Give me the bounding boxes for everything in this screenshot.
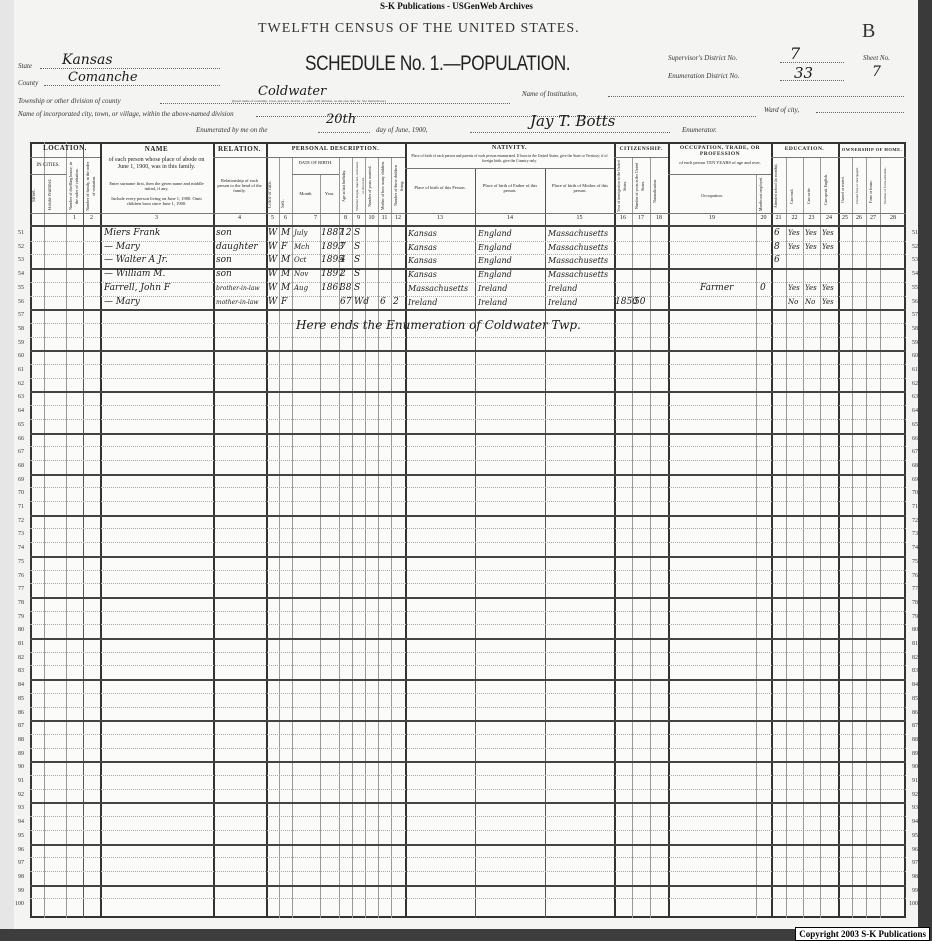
line-number-right: 94 <box>902 819 918 825</box>
line-number-right: 61 <box>902 367 918 373</box>
row-divider <box>30 542 906 543</box>
birthplace-cell: Ireland <box>408 297 437 308</box>
line-number-right: 97 <box>902 860 918 866</box>
line-number-left: 79 <box>8 614 24 620</box>
state-label: State <box>18 62 32 70</box>
line-number-right: 93 <box>902 805 918 811</box>
father-birthplace-cell: England <box>478 228 512 239</box>
header-can-read: Can read. <box>789 180 801 212</box>
county-value: Comanche <box>68 70 138 85</box>
header-name: NAME <box>100 146 213 153</box>
header-month: Month. <box>292 190 320 197</box>
row-divider <box>30 337 906 338</box>
line-number-right: 51 <box>902 230 918 236</box>
can-write-cell: Yes <box>805 283 817 294</box>
header-owned-rented: Owned or rented. <box>840 168 852 212</box>
row-divider <box>30 570 906 571</box>
row-divider <box>30 734 906 735</box>
line-number-right: 66 <box>902 436 918 442</box>
supervisor-label: Supervisor's District No. <box>668 54 737 62</box>
line-number-left: 97 <box>8 860 24 866</box>
sex-cell: F <box>281 242 287 253</box>
institution-label: Name of Institution, <box>522 90 578 98</box>
can-write-cell: No <box>805 297 815 308</box>
header-age: Age at last birthday. <box>341 160 351 212</box>
column-number: 3 <box>100 215 213 221</box>
speaks-english-cell: Yes <box>822 297 834 308</box>
row-divider <box>30 652 906 653</box>
line-number-right: 95 <box>902 833 918 839</box>
line-number-left: 61 <box>8 367 24 373</box>
relation-cell: son <box>216 269 232 280</box>
line-number-left: 87 <box>8 723 24 729</box>
enumeration-label: Enumeration District No. <box>668 72 739 80</box>
children-born-cell: 6 <box>380 297 386 308</box>
column-number: 13 <box>405 215 475 221</box>
person-name-cell: Farrell, John F <box>104 283 170 294</box>
header-in-cities: IN CITIES. <box>30 162 66 169</box>
line-number-right: 78 <box>902 600 918 606</box>
line-number-left: 63 <box>8 394 24 400</box>
header-ownership: OWNERSHIP OF HOME. <box>838 146 906 153</box>
relation-cell: daughter <box>216 242 258 253</box>
line-number-right: 54 <box>902 271 918 277</box>
line-number-right: 71 <box>902 504 918 510</box>
sex-cell: F <box>281 297 287 308</box>
line-number-left: 95 <box>8 833 24 839</box>
father-birthplace-cell: England <box>478 255 512 266</box>
mother-birthplace-cell: Massachusetts <box>548 269 608 280</box>
line-number-left: 72 <box>8 518 24 524</box>
mother-birthplace-cell: Massachusetts <box>548 255 608 266</box>
sex-cell: M <box>281 283 290 294</box>
header-years-married: Number of years married. <box>367 160 377 212</box>
header-location: LOCATION. <box>30 145 100 152</box>
line-number-right: 96 <box>902 847 918 853</box>
column-number: 19 <box>668 215 756 221</box>
column-number: 27 <box>866 215 880 221</box>
line-number-left: 85 <box>8 696 24 702</box>
line-number-right: 58 <box>902 326 918 332</box>
header-education: EDUCATION. <box>771 146 838 153</box>
line-number-right: 86 <box>902 710 918 716</box>
row-divider <box>30 665 906 666</box>
birthplace-cell: Kansas <box>408 269 437 280</box>
header-naturalization: Naturalization. <box>652 170 666 212</box>
line-number-left: 58 <box>8 326 24 332</box>
header-attended-school: Attended school (in months). <box>773 160 785 212</box>
relation-cell: brother-in-law <box>216 283 260 294</box>
line-number-right: 83 <box>902 668 918 674</box>
state-value: Kansas <box>62 52 113 68</box>
column-number: 20 <box>756 215 771 221</box>
line-number-right: 70 <box>902 490 918 496</box>
line-number-right: 57 <box>902 312 918 318</box>
header-date-of-birth: DATE OF BIRTH. <box>292 160 339 165</box>
age-cell: 12 <box>340 228 351 239</box>
can-write-cell: Yes <box>805 242 817 253</box>
line-number-right: 80 <box>902 627 918 633</box>
birthplace-cell: Kansas <box>408 242 437 253</box>
relation-cell: mother-in-law <box>216 297 258 308</box>
row-divider <box>30 857 906 858</box>
column-number: 12 <box>391 215 405 221</box>
line-number-right: 68 <box>902 463 918 469</box>
line-number-right: 76 <box>902 573 918 579</box>
color-cell: W <box>268 228 277 239</box>
header-relation: RELATION. <box>213 146 266 153</box>
scan-edge <box>918 0 932 941</box>
row-divider <box>30 501 906 502</box>
line-number-right: 91 <box>902 778 918 784</box>
row-divider <box>30 624 906 625</box>
row-divider <box>30 748 906 749</box>
color-cell: W <box>268 255 277 266</box>
column-number: 21 <box>771 215 786 221</box>
publisher-banner: S-K Publications - USGenWeb Archives <box>380 1 533 11</box>
color-cell: W <box>268 283 277 294</box>
line-number-left: 90 <box>8 764 24 770</box>
birthplace-cell: Kansas <box>408 255 437 266</box>
header-name-include: Include every person living on June 1, 1… <box>104 196 209 206</box>
header-marital: Whether single, married, widowed, or div… <box>354 160 364 212</box>
line-number-right: 82 <box>902 655 918 661</box>
birthplace-cell: Massachusetts <box>408 283 468 294</box>
column-number: 1 <box>66 215 83 221</box>
can-read-cell: Yes <box>788 242 800 253</box>
marital-status-cell: S <box>354 269 360 280</box>
line-number-left: 53 <box>8 257 24 263</box>
line-number-left: 98 <box>8 874 24 880</box>
line-number-left: 70 <box>8 490 24 496</box>
supervisor-value: 7 <box>790 44 800 63</box>
sex-cell: M <box>281 269 290 280</box>
row-divider <box>30 296 906 297</box>
column-number: 6 <box>279 215 292 221</box>
header-years-in-us: Number of years in the United States. <box>634 160 648 212</box>
row-divider <box>30 583 906 584</box>
row-divider <box>30 638 906 640</box>
marital-status-cell: S <box>354 283 360 294</box>
father-birthplace-cell: England <box>478 242 512 253</box>
row-divider <box>30 460 906 461</box>
line-number-left: 66 <box>8 436 24 442</box>
line-number-left: 65 <box>8 422 24 428</box>
enumerated-day: 20th <box>326 112 356 127</box>
line-number-right: 52 <box>902 244 918 250</box>
header-immigration-year: Year of immigration to the United States… <box>616 160 630 212</box>
color-cell: W <box>268 269 277 280</box>
person-name-cell: — Mary <box>104 242 140 253</box>
row-divider <box>30 378 906 379</box>
line-number-left: 89 <box>8 751 24 757</box>
line-number-right: 84 <box>902 682 918 688</box>
census-title: TWELFTH CENSUS OF THE UNITED STATES. <box>258 21 580 37</box>
marital-status-cell: S <box>354 242 360 253</box>
enumerated-suffix: day of June, 1900, <box>376 126 428 134</box>
line-number-right: 100 <box>902 901 918 907</box>
header-citizenship: CITIZENSHIP. <box>614 146 668 153</box>
birth-month-cell: Nov <box>294 269 308 280</box>
line-number-left: 96 <box>8 847 24 853</box>
line-number-left: 83 <box>8 668 24 674</box>
enumerator-signature: Jay T. Botts <box>530 112 615 130</box>
line-number-left: 55 <box>8 285 24 291</box>
speaks-english-cell: Yes <box>822 283 834 294</box>
line-number-left: 93 <box>8 805 24 811</box>
relation-cell: son <box>216 228 232 239</box>
person-name-cell: Miers Frank <box>104 228 160 239</box>
header-free-mortgaged: Owned free or mortgaged. <box>854 160 866 212</box>
column-number: 11 <box>378 215 391 221</box>
row-divider <box>30 789 906 790</box>
line-number-right: 85 <box>902 696 918 702</box>
mother-birthplace-cell: Massachusetts <box>548 228 608 239</box>
age-cell: 38 <box>340 283 351 294</box>
line-number-left: 57 <box>8 312 24 318</box>
line-number-right: 55 <box>902 285 918 291</box>
line-number-left: 69 <box>8 477 24 483</box>
speaks-english-cell: Yes <box>822 242 834 253</box>
mother-birthplace-cell: Massachusetts <box>548 242 608 253</box>
line-number-right: 99 <box>902 888 918 894</box>
line-number-right: 81 <box>902 641 918 647</box>
row-divider <box>30 885 906 887</box>
line-number-left: 51 <box>8 230 24 236</box>
birthplace-cell: Kansas <box>408 228 437 239</box>
line-number-left: 80 <box>8 627 24 633</box>
header-nativity-desc: Place of birth of each person and parent… <box>408 154 611 163</box>
row-divider <box>30 364 906 365</box>
line-number-right: 77 <box>902 586 918 592</box>
column-number: 28 <box>880 215 906 221</box>
county-label: County <box>18 79 38 87</box>
father-birthplace-cell: England <box>478 269 512 280</box>
row-divider <box>30 405 906 406</box>
copyright-notice: Copyright 2003 S-K Publications <box>795 927 930 941</box>
header-dwelling-number: Number of dwelling house, in the order o… <box>68 160 82 212</box>
line-number-right: 74 <box>902 545 918 551</box>
column-number: 23 <box>803 215 820 221</box>
speaks-english-cell: Yes <box>822 228 834 239</box>
row-divider <box>30 816 906 817</box>
closing-note: Here ends the Enumeration of Coldwater T… <box>296 318 581 332</box>
sheet-label: Sheet No. <box>863 54 890 62</box>
column-number: 22 <box>786 215 803 221</box>
person-name-cell: — Mary <box>104 297 140 308</box>
row-divider <box>30 679 906 681</box>
mother-birthplace-cell: Ireland <box>548 297 577 308</box>
row-divider <box>30 597 906 599</box>
line-number-left: 73 <box>8 531 24 537</box>
age-cell: 4 <box>340 255 346 266</box>
township-label: Township or other division of county <box>18 97 121 105</box>
can-read-cell: No <box>788 297 798 308</box>
line-number-left: 71 <box>8 504 24 510</box>
column-number: 15 <box>545 215 614 221</box>
line-number-right: 56 <box>902 299 918 305</box>
header-name-instr: Enter surname first, then the given name… <box>104 181 209 191</box>
enumerated-label: Enumerated by me on the <box>196 126 268 134</box>
line-number-right: 72 <box>902 518 918 524</box>
header-house-number: House Number. <box>48 176 62 212</box>
row-divider <box>30 309 906 311</box>
ward-label: Ward of city, <box>764 106 799 114</box>
line-number-right: 92 <box>902 792 918 798</box>
line-number-left: 74 <box>8 545 24 551</box>
age-cell: 2 <box>340 269 346 280</box>
marital-status-cell: Wd <box>354 297 369 308</box>
column-number: 25 <box>838 215 852 221</box>
row-divider <box>30 474 906 476</box>
line-number-left: 68 <box>8 463 24 469</box>
header-family-number: Number of family, in the order of visita… <box>85 160 99 212</box>
sex-cell: M <box>281 255 290 266</box>
row-divider <box>30 802 906 804</box>
header-mother-of: Mother of how many children. <box>380 160 390 212</box>
line-number-right: 89 <box>902 751 918 757</box>
schedule-title: SCHEDULE No. 1.—POPULATION. <box>305 52 570 76</box>
header-speak-english: Can speak English. <box>823 168 835 212</box>
line-number-right: 87 <box>902 723 918 729</box>
row-divider <box>30 487 906 488</box>
township-note: [Insert name of township, town, precinct… <box>232 99 386 103</box>
enumeration-value: 33 <box>794 64 813 82</box>
birth-month-cell: July <box>294 228 308 239</box>
header-months-unemployed: Months not employed. <box>758 176 770 212</box>
row-divider <box>30 871 906 872</box>
enumerator-label: Enumerator. <box>682 126 717 134</box>
header-occupation-desc: of each person TEN YEARS of age and over… <box>670 160 770 165</box>
line-number-left: 77 <box>8 586 24 592</box>
line-number-left: 56 <box>8 299 24 305</box>
header-farm-house: Farm or house. <box>868 172 880 212</box>
header-birth-father: Place of birth of Father of this person. <box>478 183 542 193</box>
line-number-right: 64 <box>902 408 918 414</box>
line-number-right: 73 <box>902 531 918 537</box>
marital-status-cell: S <box>354 228 360 239</box>
line-number-right: 53 <box>902 257 918 263</box>
occupation-cell: Farmer <box>700 283 733 294</box>
column-number: 10 <box>365 215 378 221</box>
line-number-left: 75 <box>8 559 24 565</box>
header-occupation: OCCUPATION, TRADE, OR PROFESSION <box>670 145 770 157</box>
row-divider <box>30 707 906 708</box>
line-number-right: 60 <box>902 353 918 359</box>
row-divider <box>30 433 906 435</box>
marital-status-cell: S <box>354 255 360 266</box>
line-number-right: 88 <box>902 737 918 743</box>
person-name-cell: — Walter A Jr. <box>104 255 168 266</box>
line-number-left: 91 <box>8 778 24 784</box>
row-divider <box>30 844 906 846</box>
column-number: 9 <box>352 215 365 221</box>
header-nativity: NATIVITY. <box>405 145 614 152</box>
column-number: 8 <box>339 215 352 221</box>
birth-month-cell: Aug <box>294 283 308 294</box>
header-color: Color or race. <box>268 176 278 212</box>
school-months-cell: 8 <box>774 242 780 253</box>
line-number-right: 65 <box>902 422 918 428</box>
age-cell: 7 <box>340 242 346 253</box>
row-divider <box>30 419 906 420</box>
line-number-left: 67 <box>8 449 24 455</box>
school-months-cell: 6 <box>774 228 780 239</box>
column-number: 4 <box>213 215 266 221</box>
row-divider <box>30 775 906 776</box>
column-number: 2 <box>83 215 100 221</box>
line-number-right: 63 <box>902 394 918 400</box>
scan-bottom-edge <box>0 929 932 941</box>
row-divider <box>30 830 906 831</box>
line-number-left: 94 <box>8 819 24 825</box>
row-divider <box>30 350 906 352</box>
row-divider <box>30 515 906 517</box>
header-can-write: Can write. <box>806 180 818 212</box>
city-label: Name of incorporated city, town, or vill… <box>18 110 234 118</box>
father-birthplace-cell: Ireland <box>478 283 507 294</box>
line-number-right: 75 <box>902 559 918 565</box>
header-name-desc: of each person whose place of abode on J… <box>104 157 209 171</box>
line-number-right: 62 <box>902 381 918 387</box>
father-birthplace-cell: Ireland <box>478 297 507 308</box>
age-cell: 67 <box>340 297 351 308</box>
column-number: 18 <box>650 215 668 221</box>
sheet-value: 7 <box>872 64 881 80</box>
row-divider <box>30 898 906 899</box>
school-months-cell: 6 <box>774 255 780 266</box>
line-number-left: 76 <box>8 573 24 579</box>
column-number: 24 <box>820 215 838 221</box>
can-read-cell: Yes <box>788 228 800 239</box>
header-birth-person: Place of birth of this Person. <box>408 185 472 190</box>
column-number: 5 <box>266 215 279 221</box>
row-divider <box>30 761 906 763</box>
relation-cell: son <box>216 255 232 266</box>
line-number-left: 84 <box>8 682 24 688</box>
row-divider <box>30 391 906 393</box>
line-number-right: 59 <box>902 340 918 346</box>
row-divider <box>30 693 906 694</box>
color-cell: W <box>268 242 277 253</box>
line-number-right: 98 <box>902 874 918 880</box>
line-number-right: 90 <box>902 764 918 770</box>
column-number: 16 <box>614 215 632 221</box>
color-cell: W <box>268 297 277 308</box>
can-write-cell: Yes <box>805 228 817 239</box>
row-divider <box>30 446 906 447</box>
township-value: Coldwater <box>258 84 326 99</box>
person-name-cell: — William M. <box>104 269 165 280</box>
birth-month-cell: Oct <box>294 255 306 266</box>
line-number-left: 99 <box>8 888 24 894</box>
header-street: Street. <box>32 180 42 212</box>
sex-cell: M <box>281 228 290 239</box>
birth-month-cell: Mch <box>294 242 310 253</box>
line-number-left: 62 <box>8 381 24 387</box>
months-unemployed-cell: 0 <box>760 283 766 294</box>
row-divider <box>30 611 906 612</box>
header-sex: Sex. <box>281 196 291 212</box>
line-number-left: 82 <box>8 655 24 661</box>
header-year: Year. <box>320 190 339 197</box>
column-number: 7 <box>292 215 339 221</box>
line-number-left: 59 <box>8 340 24 346</box>
row-divider <box>30 556 906 558</box>
children-living-cell: 2 <box>393 297 399 308</box>
header-children-living: Number of these children living. <box>393 160 403 212</box>
can-read-cell: Yes <box>788 283 800 294</box>
